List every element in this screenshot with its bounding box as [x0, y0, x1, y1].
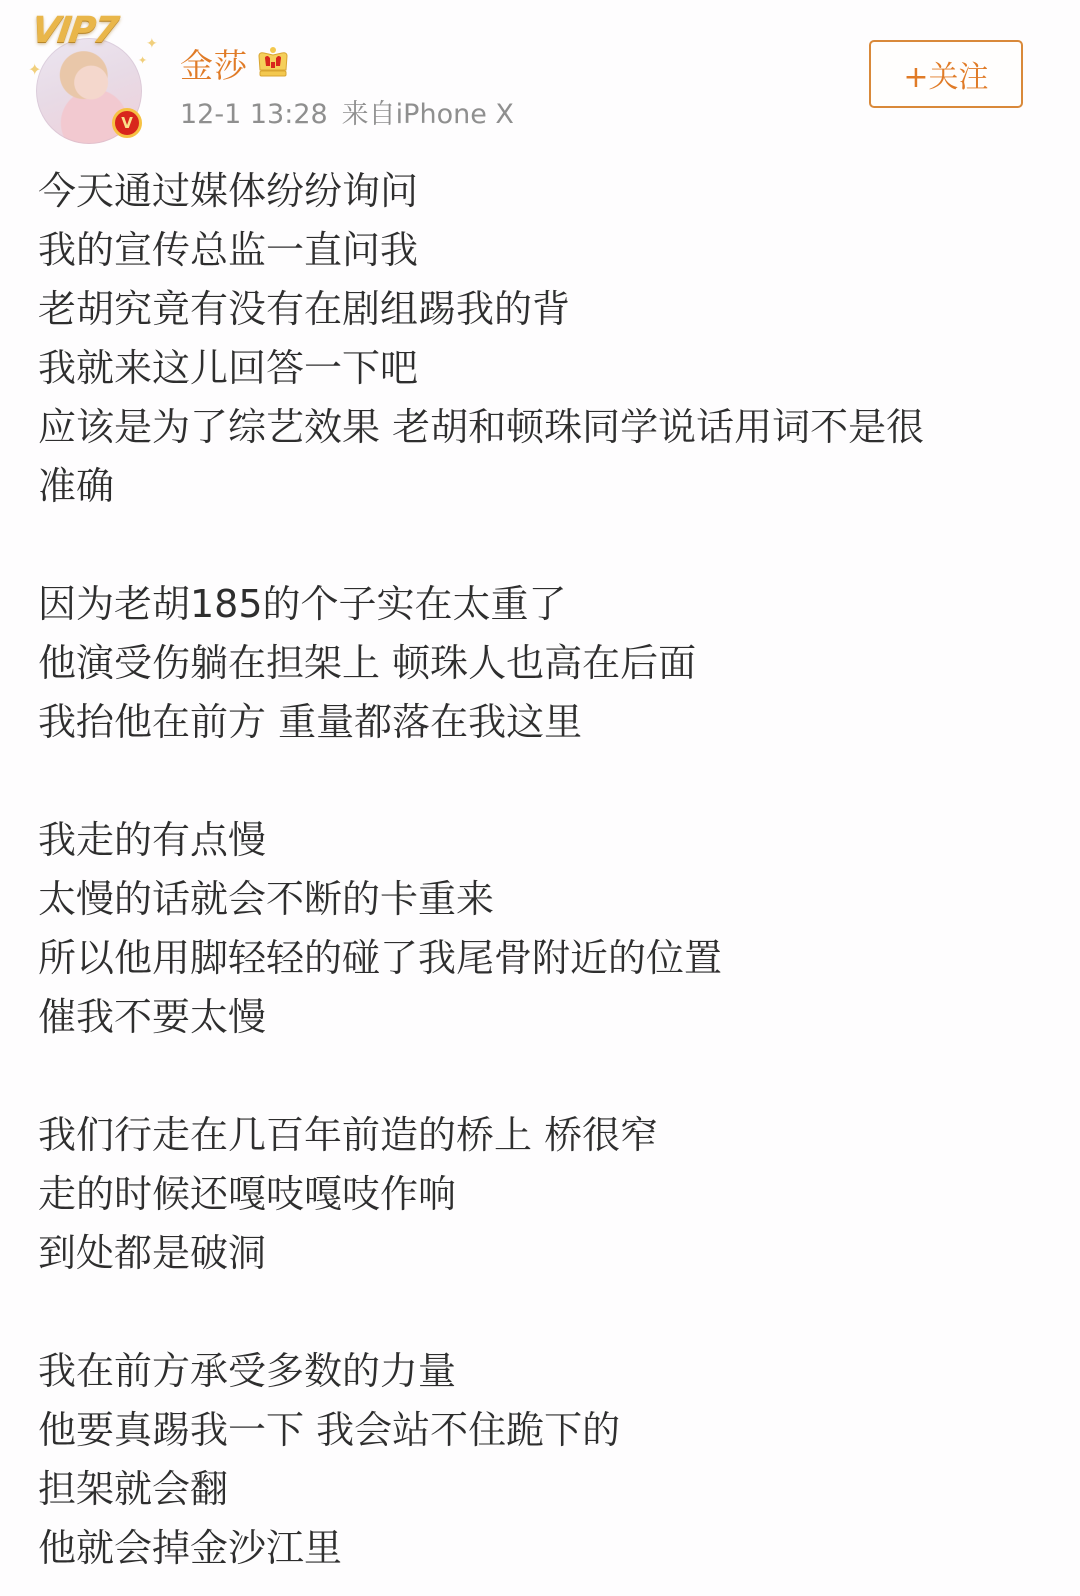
post-line: 准确 — [38, 457, 1048, 516]
post-line: 催我不要太慢 — [38, 988, 1048, 1047]
post-line: 到处都是破洞 — [38, 1224, 1048, 1283]
post-line: 走的时候还嘎吱嘎吱作响 — [38, 1165, 1048, 1224]
post-line: 我抬他在前方 重量都落在我这里 — [38, 693, 1048, 752]
paragraph-break — [38, 1283, 1048, 1342]
vip-badge: VIP7 — [29, 10, 119, 51]
post-line: 我走的有点慢 — [38, 811, 1048, 870]
username-row: 金莎 — [180, 40, 290, 86]
post-line: 我就来这儿回答一下吧 — [38, 339, 1048, 398]
post-line: 应该是为了综艺效果 老胡和顿珠同学说话用词不是很 — [38, 398, 1048, 457]
post-content: 今天通过媒体纷纷询问 我的宣传总监一直问我 老胡究竟有没有在剧组踢我的背 我就来… — [38, 162, 1048, 1578]
avatar[interactable]: VIP7 ✦ ✦ ✦ V — [28, 8, 156, 140]
username[interactable]: 金莎 — [180, 40, 248, 87]
post-source: 来自iPhone X — [342, 99, 514, 130]
sparkle-icon: ✦ — [138, 54, 147, 67]
post-line: 老胡究竟有没有在剧组踢我的背 — [38, 280, 1048, 339]
post-line: 今天通过媒体纷纷询问 — [38, 162, 1048, 221]
sparkle-icon: ✦ — [28, 60, 41, 79]
follow-button[interactable]: +关注 — [869, 40, 1023, 108]
post-line: 他就会掉金沙江里 — [38, 1519, 1048, 1578]
sparkle-icon: ✦ — [146, 36, 158, 52]
timestamp: 12-1 13:28 — [180, 99, 328, 130]
post-line: 担架就会翻 — [38, 1460, 1048, 1519]
post-line: 他演受伤躺在担架上 顿珠人也高在后面 — [38, 634, 1048, 693]
verified-icon: V — [112, 108, 142, 138]
paragraph-break — [38, 516, 1048, 575]
post-line: 我的宣传总监一直问我 — [38, 221, 1048, 280]
post-line: 太慢的话就会不断的卡重来 — [38, 870, 1048, 929]
paragraph-break — [38, 752, 1048, 811]
post-line: 我在前方承受多数的力量 — [38, 1342, 1048, 1401]
post-line: 因为老胡185的个子实在太重了 — [38, 575, 1048, 634]
post-meta: 12-1 13:28来自iPhone X — [180, 92, 514, 131]
post-header: VIP7 ✦ ✦ ✦ V 金莎 12-1 13:28来自iPhone X +关注 — [0, 0, 1080, 150]
post-line: 我们行走在几百年前造的桥上 桥很窄 — [38, 1106, 1048, 1165]
paragraph-break — [38, 1047, 1048, 1106]
crown-icon[interactable] — [256, 46, 290, 80]
post-line: 他要真踢我一下 我会站不住跪下的 — [38, 1401, 1048, 1460]
post-line: 所以他用脚轻轻的碰了我尾骨附近的位置 — [38, 929, 1048, 988]
